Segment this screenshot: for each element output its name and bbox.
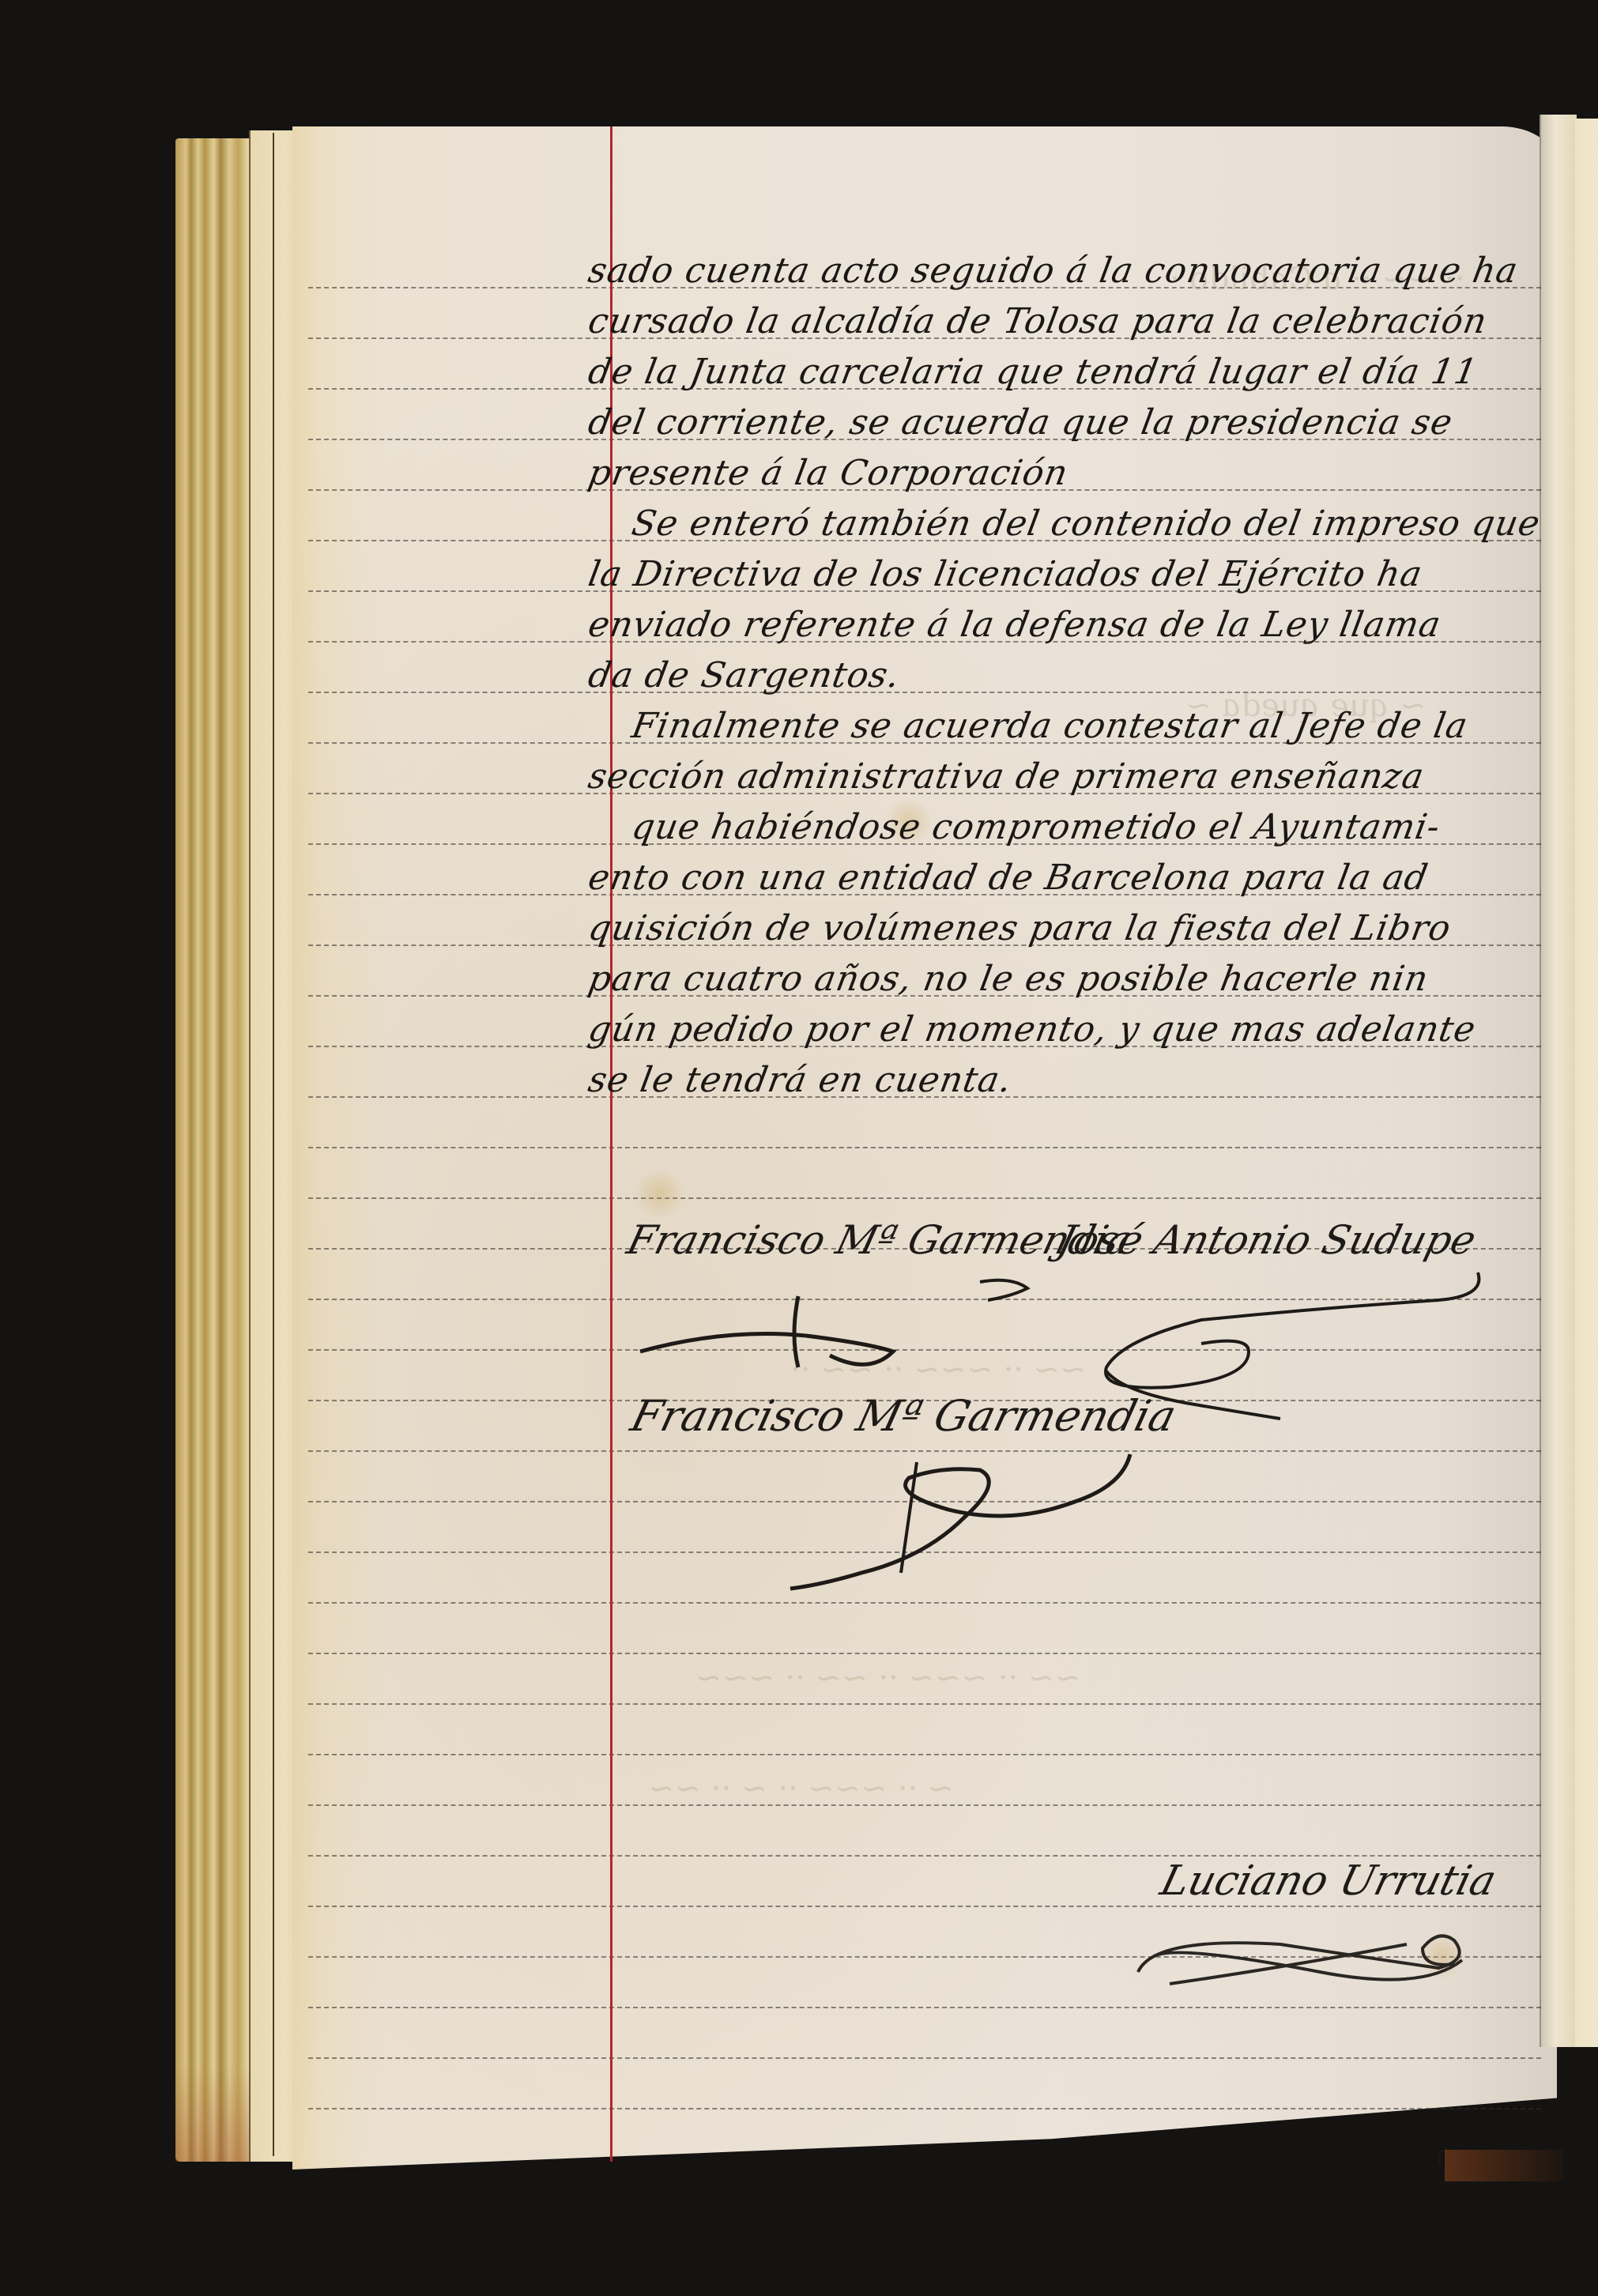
text-line: la Directiva de los licenciados del Ejér… bbox=[585, 551, 1542, 598]
text-line: enviado referente á la defensa de la Ley… bbox=[585, 601, 1542, 649]
binding-corner bbox=[1445, 2150, 1563, 2181]
next-page-edge bbox=[1575, 119, 1598, 2047]
text-line: se le tendrá en cuenta. bbox=[585, 1057, 1542, 1104]
signature-1-flourish bbox=[632, 1265, 948, 1367]
ruled-line bbox=[308, 2108, 1541, 2109]
text-line: cursado la alcaldía de Tolosa para la ce… bbox=[585, 298, 1542, 345]
text-line: de la Junta carcelaria que tendrá lugar … bbox=[585, 349, 1542, 396]
text-line: sección administrativa de primera enseña… bbox=[585, 753, 1542, 801]
text-line: sado cuenta acto seguido á la convocator… bbox=[585, 247, 1542, 295]
text-line: que habiéndose comprometido el Ayuntami- bbox=[628, 804, 1585, 851]
ruled-line bbox=[308, 2057, 1541, 2059]
text-line: ento con una entidad de Barcelona para l… bbox=[585, 854, 1542, 902]
bleed-through-text: ~~ ·· ~~~ ·· ~~ ·· ~~~ bbox=[692, 1660, 1084, 1696]
ruled-line bbox=[308, 1754, 1541, 1755]
ruled-line bbox=[308, 1703, 1541, 1705]
text-line: quisición de volúmenes para la fiesta de… bbox=[585, 905, 1542, 952]
text-line: del corriente, se acuerda que la preside… bbox=[585, 399, 1542, 447]
ruled-line bbox=[308, 1653, 1541, 1654]
signature-2: José Antonio Sudupe bbox=[1053, 1217, 1481, 1263]
paper-stain bbox=[632, 1170, 688, 1217]
bleed-through-text: ~ ·· ~~~ ·· ~ ·· ~~ bbox=[645, 1770, 957, 1807]
page-curl-right bbox=[1540, 115, 1577, 2047]
text-line: para cuatro años, no le es posible hacer… bbox=[585, 956, 1542, 1003]
text-line: presente á la Corporación bbox=[585, 450, 1542, 497]
signature-4-flourish bbox=[1122, 1897, 1533, 2008]
text-line: da de Sargentos. bbox=[585, 652, 1542, 699]
signature-3-flourish bbox=[751, 1423, 1193, 1612]
text-line: gún pedido por el momento, y que mas ade… bbox=[585, 1006, 1542, 1054]
text-line: Finalmente se acuerda contestar al Jefe … bbox=[628, 703, 1585, 750]
text-line: Se enteró también del contenido del impr… bbox=[628, 500, 1585, 548]
ruled-line bbox=[308, 1197, 1541, 1199]
ruled-line bbox=[308, 1855, 1541, 1857]
ruled-line bbox=[308, 1147, 1541, 1148]
